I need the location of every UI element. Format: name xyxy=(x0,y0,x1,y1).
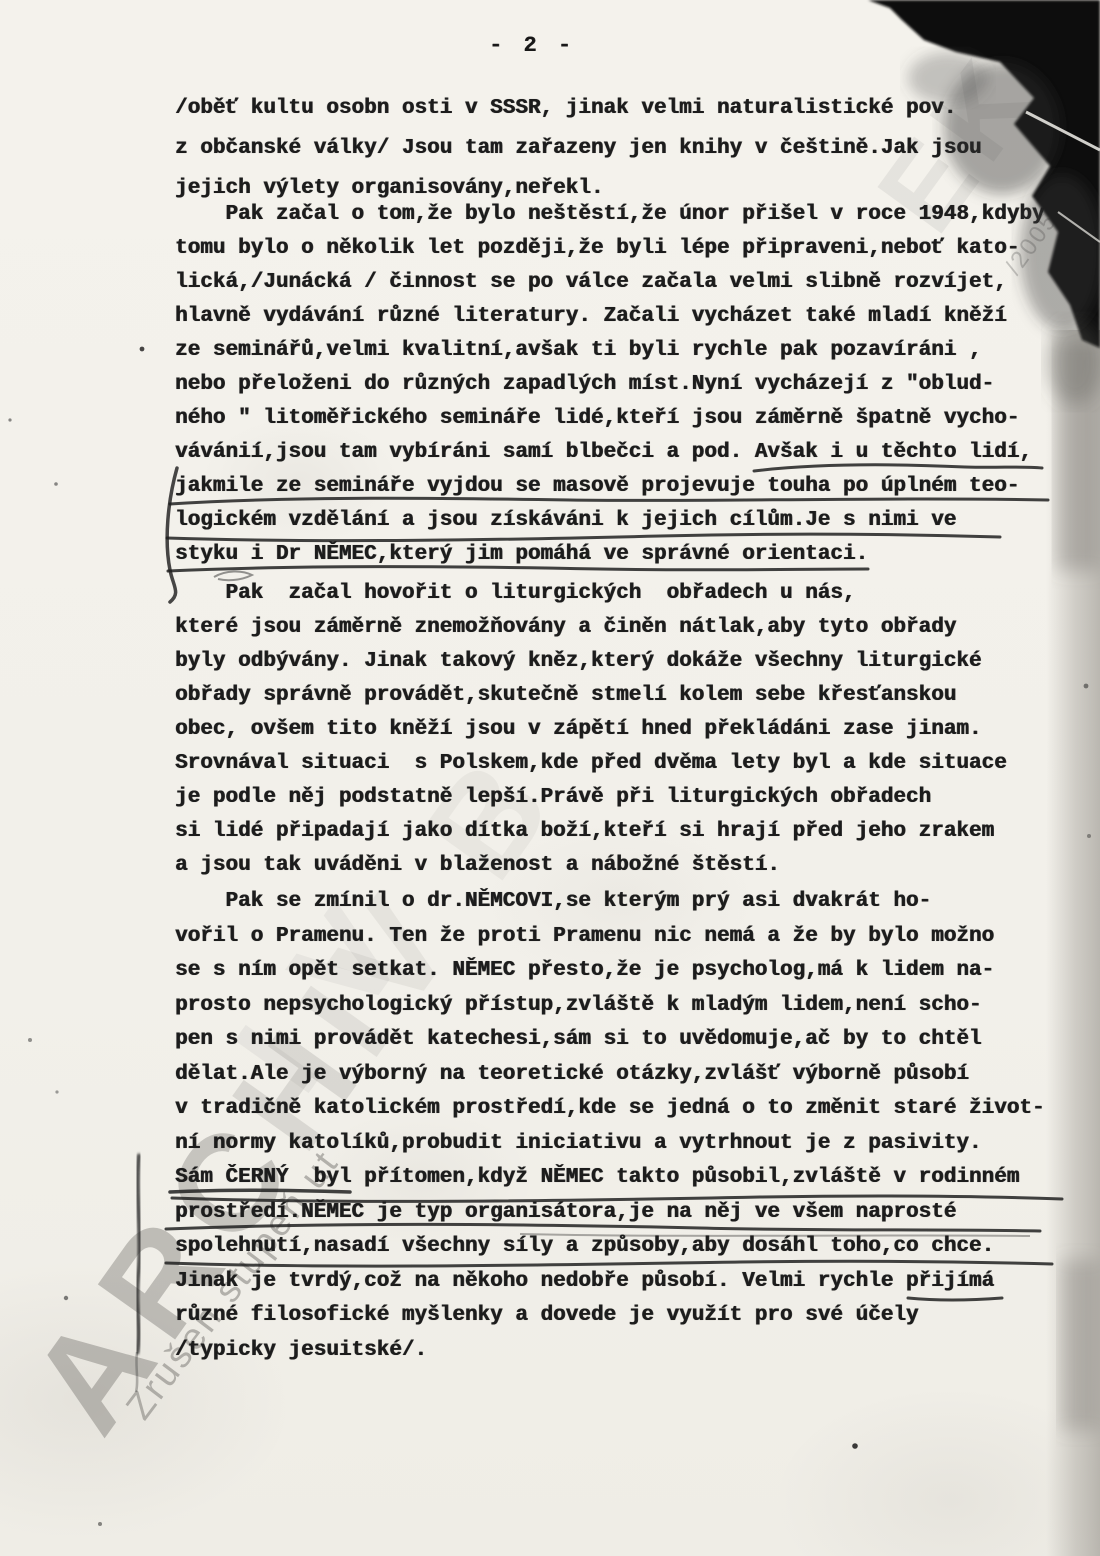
text-line: Pak začal o tom,že bylo neštěstí,že únor… xyxy=(175,198,1045,232)
page-number: - 2 - xyxy=(462,33,602,58)
text-line: různé filosofické myšlenky a dovede je v… xyxy=(175,1299,1045,1334)
text-line: dělat.Ale je výborný na teoretické otázk… xyxy=(175,1058,1045,1093)
text-line: hlavně vydávání různé literatury. Začali… xyxy=(175,300,1045,334)
text-line: /oběť kultu osobn osti v SSSR, jinak vel… xyxy=(175,89,982,129)
text-line: obřady správně provádět,skutečně stmelí … xyxy=(175,679,1007,713)
text-line: nebo přeloženi do různých zapadlých míst… xyxy=(175,368,1045,402)
text-line: spolehnutí,nasadí všechny síly a způsoby… xyxy=(175,1230,1045,1265)
text-line: z občanské války/ Jsou tam zařazeny jen … xyxy=(175,129,982,169)
text-line: Sám ČERNÝ byl přítomen,když NĚMEC takto … xyxy=(175,1161,1045,1196)
scanned-document-page: { "document": { "page_number": "- 2 -", … xyxy=(0,0,1100,1556)
text-line: Srovnával situaci s Polskem,kde před dvě… xyxy=(175,747,1007,781)
paragraph-3: Pak začal hovořit o liturgických obřadec… xyxy=(175,577,1007,883)
scan-edge-smudge-top xyxy=(1056,340,1100,570)
ink-streak-bottom-left xyxy=(137,1156,140,1352)
text-line: pen s nimi provádět katechesi,sám si to … xyxy=(175,1023,1045,1058)
text-line: logickém vzdělání a jsou získáváni k jej… xyxy=(175,504,1045,538)
text-line: prosto nepsychologický přístup,zvláště k… xyxy=(175,989,1045,1024)
text-line: se s ním opět setkat. NĚMEC přesto,že je… xyxy=(175,954,1045,989)
scan-edge-band xyxy=(1046,330,1100,1556)
text-line: ného " litoměřického semináře lidé,kteří… xyxy=(175,402,1045,436)
watermark-letter: A xyxy=(2,1275,195,1459)
text-line: je podle něj podstatně lepší.Právě při l… xyxy=(175,781,1007,815)
text-line: ní normy katolíků,probudit iniciativu a … xyxy=(175,1127,1045,1162)
text-line: tomu bylo o několik let později,že byli … xyxy=(175,232,1045,266)
text-line: lická,/Junácká / činnost se po válce zač… xyxy=(175,266,1045,300)
text-line: byly odbývány. Jinak takový kněz,který d… xyxy=(175,645,1007,679)
text-line: Pak se zmínil o dr.NĚMCOVI,se kterým prý… xyxy=(175,885,1045,920)
paragraph-1: /oběť kultu osobn osti v SSSR, jinak vel… xyxy=(175,89,982,209)
text-line: Pak začal hovořit o liturgických obřadec… xyxy=(175,577,1007,611)
paragraph-4: Pak se zmínil o dr.NĚMCOVI,se kterým prý… xyxy=(175,885,1045,1368)
ink-smudge xyxy=(1047,320,1100,404)
text-line: /typicky jesuitské/. xyxy=(175,1334,1045,1369)
scratch-line xyxy=(1026,112,1100,150)
text-line: vávánií,jsou tam vybíráni samí blbečci a… xyxy=(175,436,1045,470)
text-line: si lidé připadají jako dítka boží,kteří … xyxy=(175,815,1007,849)
text-line: vořil o Pramenu. Ten že proti Pramenu ni… xyxy=(175,920,1045,955)
ink-streak-tail xyxy=(136,1352,137,1392)
scratch-line xyxy=(1058,212,1100,242)
text-line: které jsou záměrně znemožňovány a činěn … xyxy=(175,611,1007,645)
text-line: ze seminářů,velmi kvalitní,avšak ti byli… xyxy=(175,334,1045,368)
text-line: v tradičně katolickém prostředí,kde se j… xyxy=(175,1092,1045,1127)
text-line: styku i Dr NĚMEC,který jim pomáhá ve spr… xyxy=(175,538,1045,572)
scan-edge-smudge-bottom xyxy=(1060,1260,1100,1430)
text-line: jakmile ze semináře vyjdou se masově pro… xyxy=(175,470,1045,504)
paragraph-2: Pak začal o tom,že bylo neštěstí,že únor… xyxy=(175,198,1045,572)
text-line: obec, ovšem tito kněží jsou v zápětí hne… xyxy=(175,713,1007,747)
text-line: a jsou tak uváděni v blaženost a nábožné… xyxy=(175,849,1007,883)
text-line: prostředí.NĚMEC je typ organisátora,je n… xyxy=(175,1196,1045,1231)
text-line: Jinak je tvrdý,což na někoho nedobře půs… xyxy=(175,1265,1045,1300)
